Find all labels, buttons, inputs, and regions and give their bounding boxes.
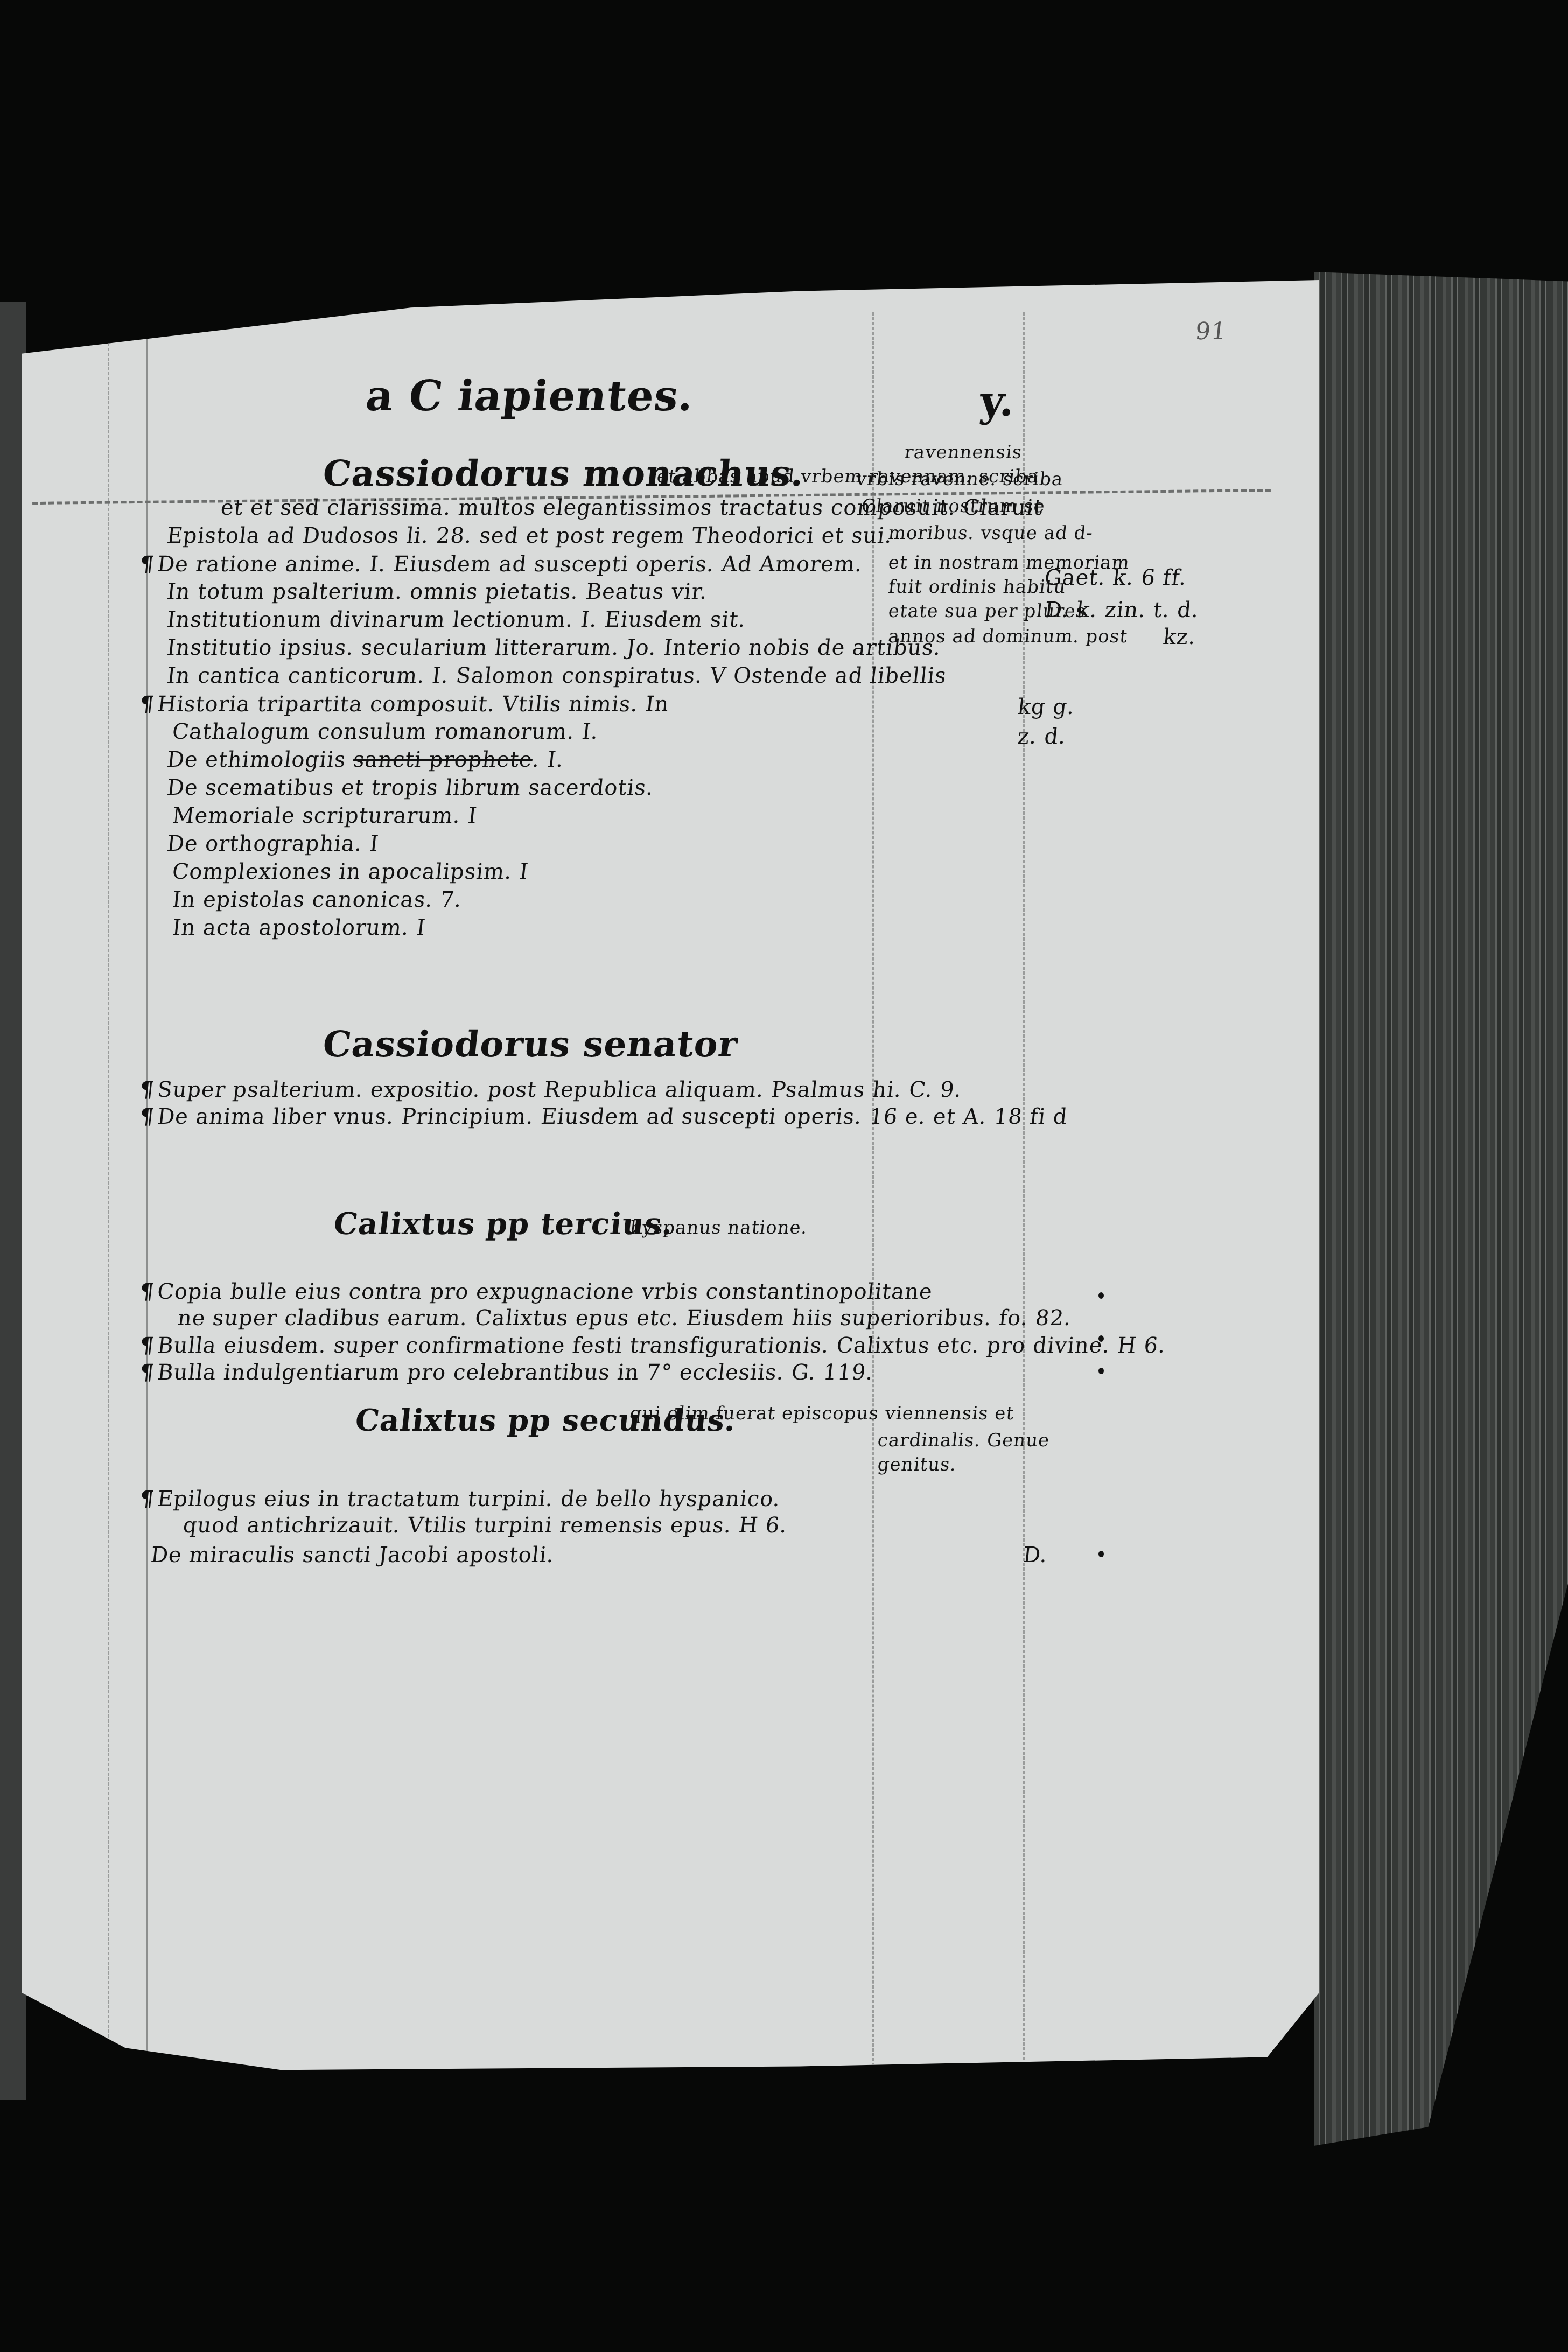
heading-note: genitus. xyxy=(877,1454,958,1475)
check-dot xyxy=(1098,1335,1104,1342)
list-item: De ethimologiis sancti prophete. I. xyxy=(166,747,565,772)
heading-note: cardinalis. Genue xyxy=(877,1430,1051,1451)
manuscript-page: 91 a C iapientes. y. Cassiodorus monachu… xyxy=(22,280,1319,2122)
list-item: quod antichrizauit. Vtilis turpini remen… xyxy=(182,1513,789,1538)
list-item: ne super cladibus earum. Calixtus epus e… xyxy=(177,1306,1073,1331)
list-item: In epistolas canonicas. 7. xyxy=(171,887,464,912)
book-fore-edge xyxy=(1314,272,1568,2146)
list-item: De miraculis sancti Jacobi apostoli. xyxy=(150,1543,556,1567)
list-item: Institutionum divinarum lectionum. I. Ei… xyxy=(166,607,747,632)
check-dot xyxy=(1098,1292,1104,1299)
pilcrow-icon: ¶ xyxy=(139,691,156,717)
list-item: ¶Copia bulle eius contra pro expugnacion… xyxy=(139,1279,934,1304)
list-item: Complexiones in apocalipsim. I xyxy=(171,859,530,884)
section-heading-calixtus-tercius: Calixtus pp tercius. xyxy=(332,1206,675,1242)
margin-ruling-left-inner xyxy=(146,280,148,2068)
pilcrow-icon: ¶ xyxy=(139,551,156,577)
list-item: ¶De ratione anime. I. Eiusdem ad suscept… xyxy=(139,551,864,577)
running-title: a C iapientes. xyxy=(363,372,696,421)
pilcrow-icon: ¶ xyxy=(139,1333,156,1358)
check-dot xyxy=(1098,1368,1104,1374)
shelf-mark: z. d. xyxy=(1017,724,1068,749)
list-item: Epistola ad Dudosos li. 28. sed et post … xyxy=(166,523,894,548)
heading-note: qui olim fuerat episcopus viennensis et xyxy=(629,1403,1015,1424)
heading-note: hyspanus natione. xyxy=(629,1217,809,1238)
pilcrow-icon: ¶ xyxy=(139,1279,156,1304)
margin-note: fuit ordinis habitu xyxy=(887,576,1067,598)
column-ruling-middle xyxy=(872,312,874,2100)
list-item: De orthographia. I xyxy=(166,831,380,856)
gathering-mark: y. xyxy=(977,377,1018,426)
list-item: In cantica canticorum. I. Salomon conspi… xyxy=(166,663,948,688)
check-dot xyxy=(1098,1551,1104,1557)
margin-note: Claruit nostrum se xyxy=(860,495,1046,517)
margin-note: vrbis ravenne. scriba xyxy=(855,468,1065,490)
shelf-mark: kz. xyxy=(1162,625,1198,649)
list-item: ¶Bulla eiusdem. super confirmatione fest… xyxy=(139,1333,1167,1358)
folio-number: 91 xyxy=(1194,318,1228,345)
list-item: ¶De anima liber vnus. Principium. Eiusde… xyxy=(139,1104,1069,1129)
margin-note: moribus. vsque ad d- xyxy=(887,522,1094,544)
margin-note: annos ad dominum. post xyxy=(887,626,1129,647)
list-item: Institutio ipsius. secularium litterarum… xyxy=(166,635,942,660)
list-item: In totum psalterium. omnis pietatis. Bea… xyxy=(166,579,709,604)
pilcrow-icon: ¶ xyxy=(139,1077,156,1102)
struck-text: sancti prophete xyxy=(352,747,534,772)
list-item: ¶Bulla indulgentiarum pro celebrantibus … xyxy=(139,1360,875,1385)
pilcrow-icon: ¶ xyxy=(139,1486,156,1511)
list-item: Memoriale scripturarum. I xyxy=(171,803,479,828)
list-item: ¶Epilogus eius in tractatum turpini. de … xyxy=(139,1486,782,1511)
pilcrow-icon: ¶ xyxy=(139,1360,156,1385)
list-item: Cathalogum consulum romanorum. I. xyxy=(171,719,600,744)
shelf-mark: D. k. zin. t. d. xyxy=(1044,598,1200,622)
margin-ruling-left-outer xyxy=(108,280,109,2057)
section-heading-cassiodorus-senator: Cassiodorus senator xyxy=(321,1023,740,1065)
shelf-mark: D. xyxy=(1022,1543,1049,1567)
list-item: In acta apostolorum. I xyxy=(171,915,427,940)
list-item: ¶Historia tripartita composuit. Vtilis n… xyxy=(139,691,670,717)
shelf-mark: Gaet. k. 6 ff. xyxy=(1044,565,1188,590)
list-item: ¶Super psalterium. expositio. post Repub… xyxy=(139,1077,963,1102)
shelf-mark: kg g. xyxy=(1017,695,1076,719)
list-item: De scematibus et tropis librum sacerdoti… xyxy=(166,775,655,800)
pilcrow-icon: ¶ xyxy=(139,1104,156,1129)
margin-note: ravennensis xyxy=(904,442,1024,463)
